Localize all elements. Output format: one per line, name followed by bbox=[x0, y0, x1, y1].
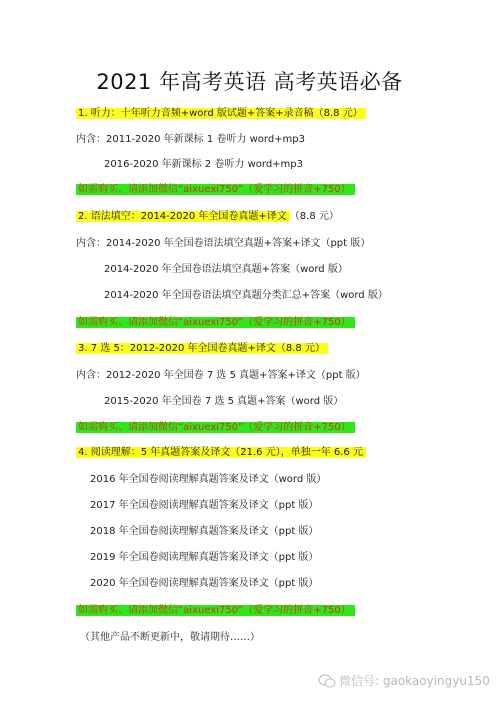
section-2-item-3: 2014-2020 年全国卷语法填空真题分类汇总+答案（word 版） bbox=[104, 287, 388, 304]
contact-text: 如需购买、请添加微信“aixuexi750”（爱学习的拼音+750） bbox=[76, 317, 355, 328]
contact-text: 如需购买、请添加微信“aixuexi750”（爱学习的拼音+750） bbox=[76, 422, 355, 433]
section-4-item-4: 2019 年全国卷阅读理解真题答案及译文（ppt 版） bbox=[90, 549, 318, 566]
section-1-header-text: 1. 听力：十年听力音频+word 版试题+答案+录音稿（8.8 元） bbox=[76, 108, 366, 119]
section-4-header-text: 4. 阅读理解：5 年真题答案及译文（21.6 元），单独一年 6.6 元 bbox=[76, 447, 366, 458]
section-1-item-2: 2016-2020 年新课标 2 卷听力 word+mp3 bbox=[104, 156, 303, 173]
section-1-item-1: 内含：2011-2020 年新课标 1 卷听力 word+mp3 bbox=[76, 131, 305, 148]
section-2-price: （8.8 元） bbox=[290, 211, 339, 222]
contact-line-3: 如需购买、请添加微信“aixuexi750”（爱学习的拼音+750） bbox=[76, 419, 355, 436]
section-4-item-5: 2020 年全国卷阅读理解真题答案及译文（ppt 版） bbox=[90, 575, 318, 592]
section-4-header: 4. 阅读理解：5 年真题答案及译文（21.6 元），单独一年 6.6 元 bbox=[76, 444, 366, 461]
section-2-item-2: 2014-2020 年全国卷语法填空真题+答案（word 版） bbox=[104, 261, 348, 278]
section-3-header-text: 3. 7 选 5：2012-2020 年全国卷真题+译文（8.8 元） bbox=[76, 343, 328, 354]
section-4-item-2: 2017 年全国卷阅读理解真题答案及译文（ppt 版） bbox=[90, 497, 318, 514]
section-3-item-1: 内含：2012-2020 年全国卷 7 选 5 真题+答案+译文（ppt 版） bbox=[76, 367, 366, 384]
contact-text: 如需购买、请添加微信“aixuexi750”（爱学习的拼音+750） bbox=[76, 605, 355, 616]
section-3-item-2: 2015-2020 年全国卷 7 选 5 真题+答案（word 版） bbox=[104, 393, 343, 410]
section-2-item-1: 内含：2014-2020 年全国卷语法填空真题+答案+译文（ppt 版） bbox=[76, 235, 370, 252]
wechat-watermark: 微信号: gaokaoyingyu150 bbox=[318, 672, 490, 689]
section-3-header: 3. 7 选 5：2012-2020 年全国卷真题+译文（8.8 元） bbox=[76, 340, 328, 357]
section-1-header: 1. 听力：十年听力音频+word 版试题+答案+录音稿（8.8 元） bbox=[76, 105, 366, 122]
watermark-text: 微信号: gaokaoyingyu150 bbox=[339, 672, 490, 689]
contact-line-1: 如需购买、请添加微信“aixuexi750”（爱学习的拼音+750） bbox=[76, 181, 355, 198]
contact-text: 如需购买、请添加微信“aixuexi750”（爱学习的拼音+750） bbox=[76, 184, 355, 195]
contact-line-4: 如需购买、请添加微信“aixuexi750”（爱学习的拼音+750） bbox=[76, 602, 355, 619]
document-title: 2021 年高考英语 高考英语必备 bbox=[0, 66, 499, 96]
wechat-icon bbox=[318, 674, 336, 688]
section-2-header-text: 2. 语法填空：2014-2020 年全国卷真题+译文 bbox=[76, 211, 290, 222]
footer-note: （其他产品不断更新中，敬请期待……） bbox=[80, 628, 260, 643]
section-4-item-3: 2018 年全国卷阅读理解真题答案及译文（ppt 版） bbox=[90, 523, 318, 540]
section-4-item-1: 2016 年全国卷阅读理解真题答案及译文（word 版） bbox=[90, 471, 326, 488]
contact-line-2: 如需购买、请添加微信“aixuexi750”（爱学习的拼音+750） bbox=[76, 314, 355, 331]
section-2-header: 2. 语法填空：2014-2020 年全国卷真题+译文（8.8 元） bbox=[76, 208, 339, 225]
